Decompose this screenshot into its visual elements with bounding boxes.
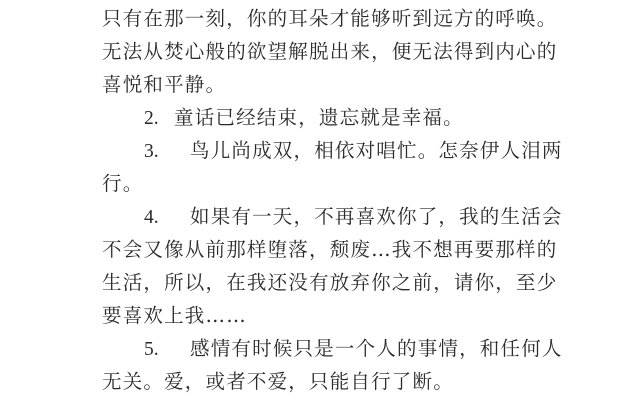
- list-item-3: 3.鸟儿尚成双，相依对唱忙。怎奈伊人泪两: [102, 134, 542, 167]
- line-text: 感情有时候只是一个人的事情，和任何人: [190, 337, 563, 360]
- list-number: 4.: [144, 201, 190, 234]
- line-text: 喜悦和平静。: [102, 73, 226, 96]
- document-body: 只有在那一刻，你的耳朵才能够听到远方的呼唤。 无法从焚心般的欲望解脱出来，便无法…: [102, 2, 542, 398]
- document-page: 只有在那一刻，你的耳朵才能够听到远方的呼唤。 无法从焚心般的欲望解脱出来，便无法…: [0, 0, 640, 400]
- list-item-4: 4.如果有一天，不再喜欢你了，我的生活会: [102, 200, 542, 233]
- line-text: 只有在那一刻，你的耳朵才能够听到远方的呼唤。: [102, 7, 557, 30]
- line-text: 童话已经结束，遗忘就是幸福。: [174, 106, 464, 129]
- text-line: 无关。爱，或者不爱，只能自行了断。: [102, 365, 542, 398]
- line-text: 鸟儿尚成双，相依对唱忙。怎奈伊人泪两: [190, 139, 563, 162]
- line-text: 要喜欢上我……: [102, 304, 247, 327]
- text-line: 喜悦和平静。: [102, 68, 542, 101]
- list-number: 5.: [144, 333, 190, 366]
- list-number: 2.: [144, 102, 174, 135]
- list-item-2: 2.童话已经结束，遗忘就是幸福。: [102, 101, 542, 134]
- line-text: 无关。爱，或者不爱，只能自行了断。: [102, 370, 454, 393]
- line-text: 无法从焚心般的欲望解脱出来，便无法得到内心的: [102, 40, 557, 63]
- line-text: 如果有一天，不再喜欢你了，我的生活会: [190, 205, 563, 228]
- text-line: 只有在那一刻，你的耳朵才能够听到远方的呼唤。: [102, 2, 542, 35]
- line-text: 不会又像从前那样堕落，颓废…我不想再要那样的: [102, 238, 557, 261]
- line-text: 行。: [102, 172, 143, 195]
- line-text: 生活，所以，在我还没有放弃你之前，请你，至少: [102, 271, 557, 294]
- list-item-5: 5.感情有时候只是一个人的事情，和任何人: [102, 332, 542, 365]
- text-line: 要喜欢上我……: [102, 299, 542, 332]
- text-line: 不会又像从前那样堕落，颓废…我不想再要那样的: [102, 233, 542, 266]
- text-line: 行。: [102, 167, 542, 200]
- text-line: 生活，所以，在我还没有放弃你之前，请你，至少: [102, 266, 542, 299]
- list-number: 3.: [144, 135, 190, 168]
- text-line: 无法从焚心般的欲望解脱出来，便无法得到内心的: [102, 35, 542, 68]
